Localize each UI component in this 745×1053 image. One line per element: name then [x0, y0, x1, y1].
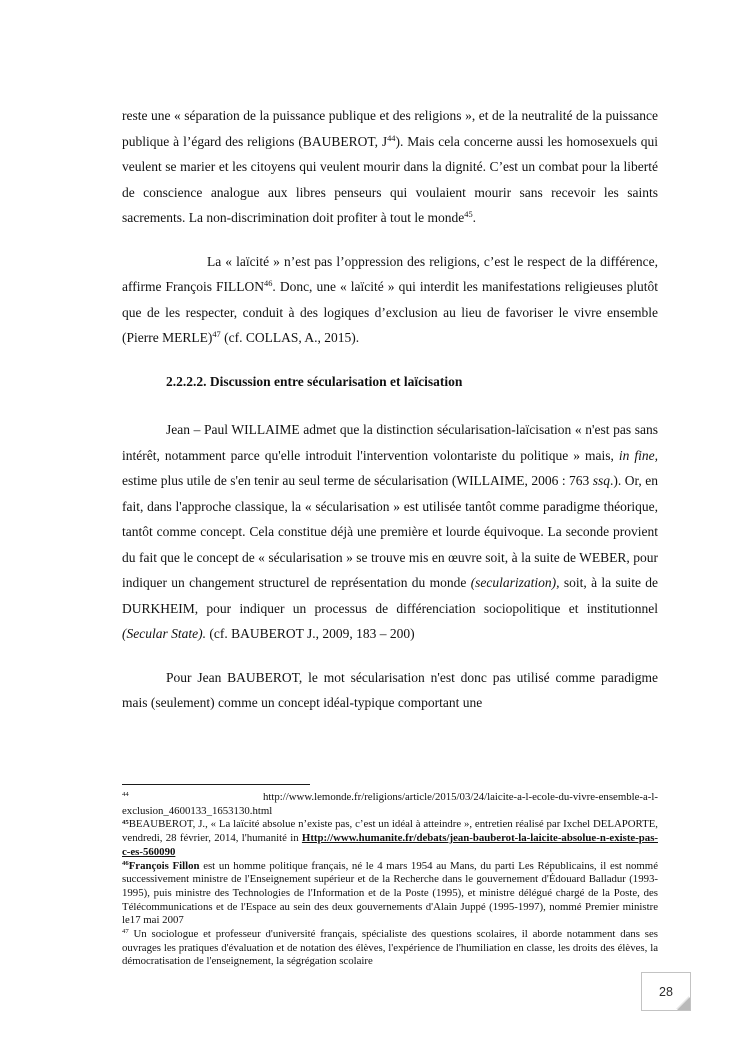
footnote-44: 44 http://www.lemonde.fr/religions/artic… — [122, 791, 658, 818]
text-run: . — [473, 210, 476, 225]
section-heading: 2.2.2.2. Discussion entre sécularisation… — [122, 369, 658, 395]
text-run: http://www.lemonde.fr/religions/article/… — [122, 791, 658, 817]
footnotes-section: 44 http://www.lemonde.fr/religions/artic… — [122, 791, 658, 969]
page-number: 28 — [659, 985, 673, 999]
footnote-ref-46: 46 — [264, 279, 272, 288]
text-run: estime plus utile de s'en tenir au seul … — [122, 473, 593, 488]
text-run: est un homme politique français, né le 4… — [122, 860, 658, 927]
folded-corner-icon — [677, 997, 690, 1010]
footnote-number-46: 46 — [122, 860, 129, 867]
footnote-separator-rule — [122, 784, 310, 785]
paragraph-1: reste une « séparation de la puissance p… — [122, 103, 658, 231]
page-body: reste une « séparation de la puissance p… — [122, 103, 658, 734]
text-run: .). Or, en fait, dans l'approche classiq… — [122, 473, 658, 590]
document-page: reste une « séparation de la puissance p… — [0, 0, 745, 1053]
footnote-47: 47 Un sociologue et professeur d'univers… — [122, 928, 658, 969]
text-run: Pour Jean BAUBEROT, le mot sécularisatio… — [122, 670, 658, 711]
footnote-number-45: 45 — [122, 819, 129, 826]
text-run: François Fillon — [129, 860, 200, 872]
footnote-ref-44: 44 — [387, 134, 395, 143]
text-run: Un sociologue et professeur d'université… — [122, 928, 658, 967]
footnote-ref-45: 45 — [464, 210, 472, 219]
paragraph-2: La « laïcité » n’est pas l’oppression de… — [122, 249, 658, 351]
footnote-45: 45BEAUBEROT, J., « La laïcité absolue n’… — [122, 818, 658, 859]
text-run: (secularization), — [471, 575, 560, 590]
text-run: (cf. BAUBEROT J., 2009, 183 – 200) — [206, 626, 415, 641]
text-run: in fine, — [619, 448, 658, 463]
paragraph-3: Jean – Paul WILLAIME admet que la distin… — [122, 417, 658, 647]
footnote-number-47: 47 — [122, 928, 129, 935]
footnote-46: 46François Fillon est un homme politique… — [122, 860, 658, 929]
text-run: (Secular State). — [122, 626, 206, 641]
paragraph-4: Pour Jean BAUBEROT, le mot sécularisatio… — [122, 665, 658, 716]
page-number-badge: 28 — [641, 972, 691, 1011]
footnote-number-44: 44 — [122, 791, 129, 798]
text-run: Jean – Paul WILLAIME admet que la distin… — [122, 422, 658, 463]
text-run: ssq — [593, 473, 610, 488]
footnote-ref-47: 47 — [212, 330, 220, 339]
text-run: (cf. COLLAS, A., 2015). — [221, 330, 359, 345]
